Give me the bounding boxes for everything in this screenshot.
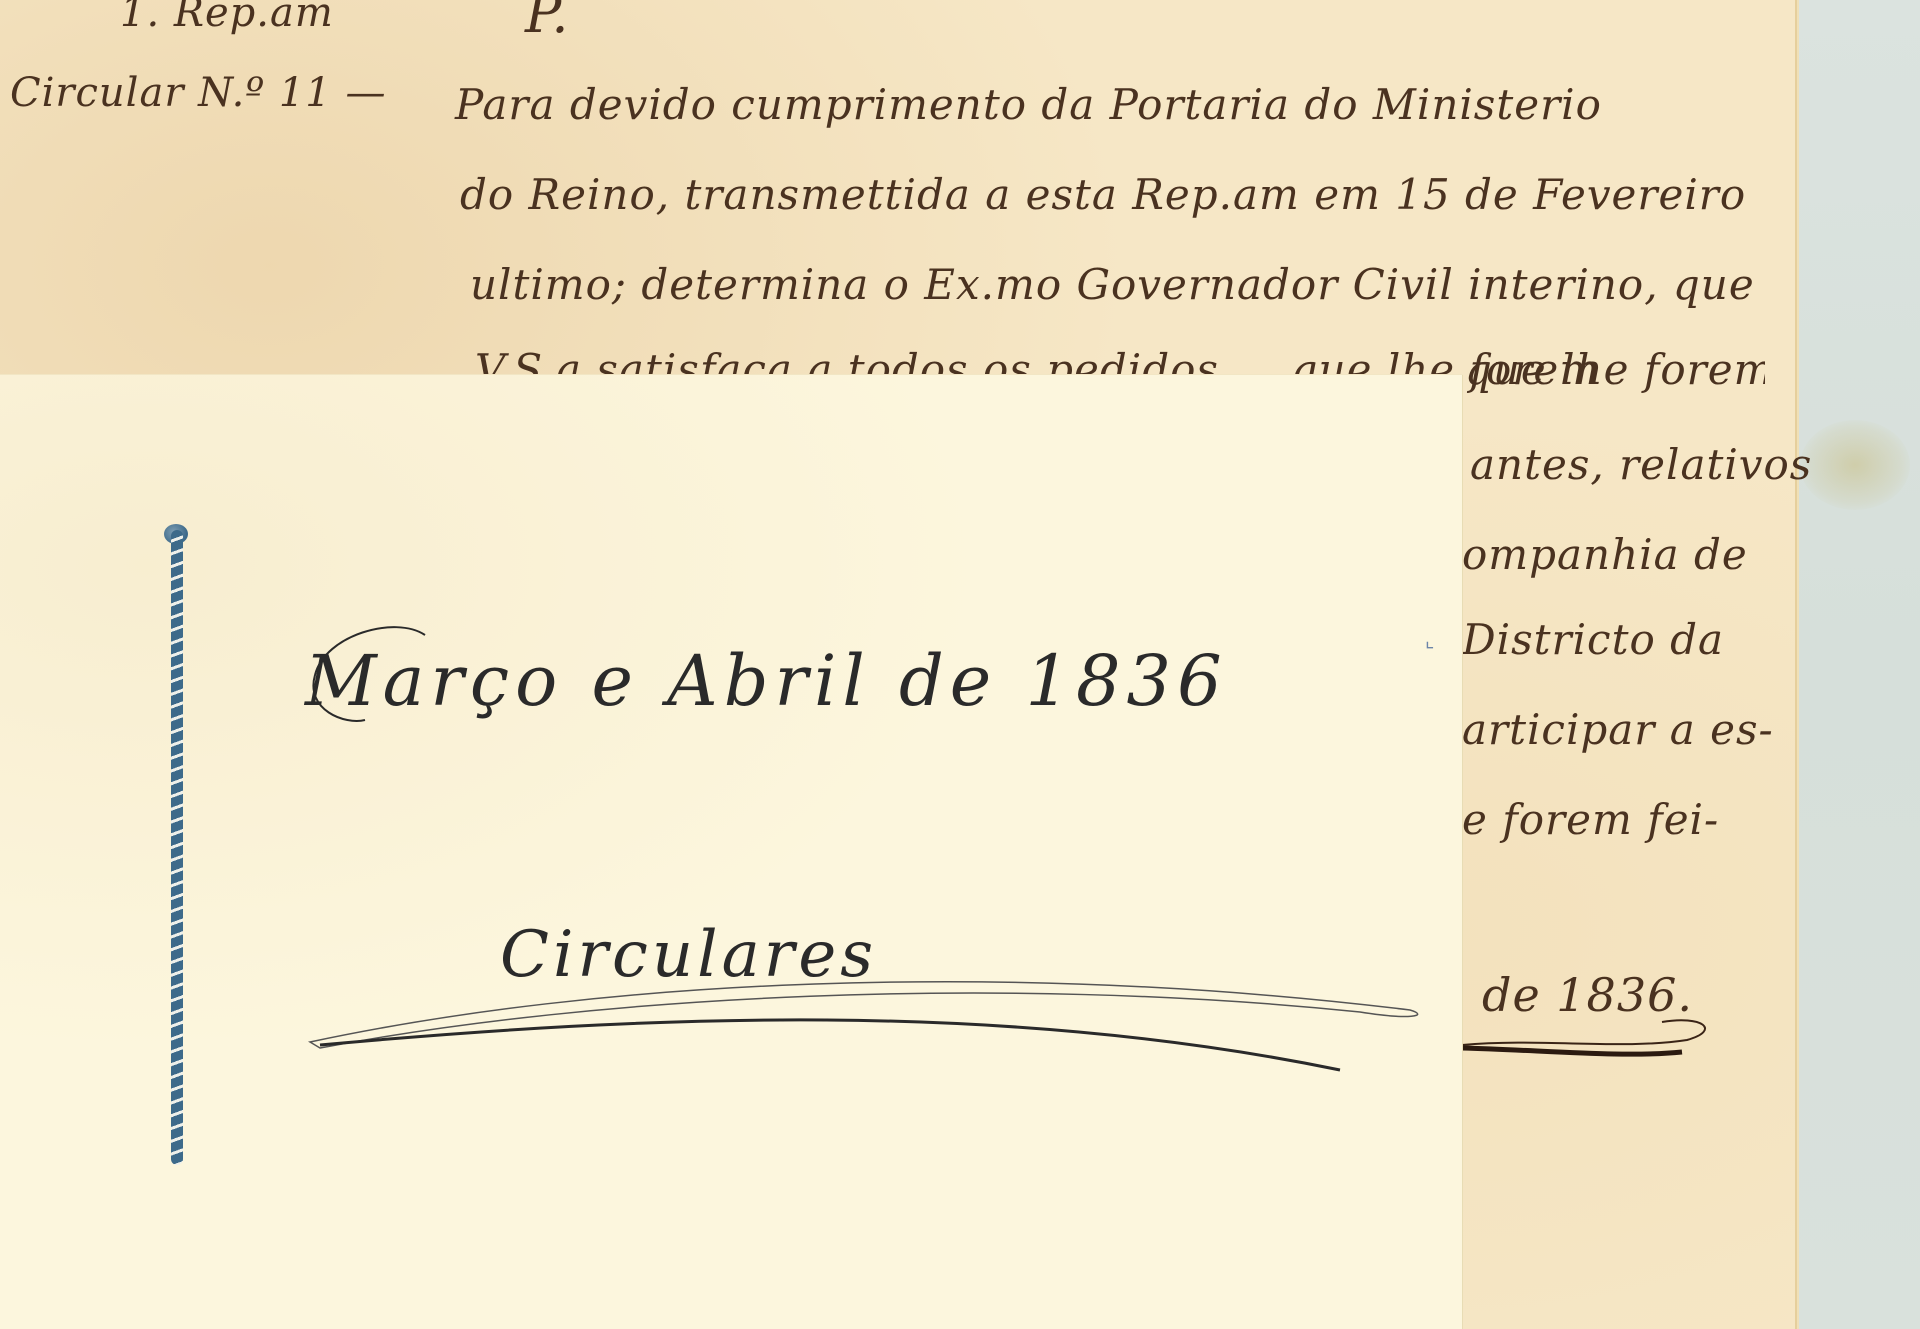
subtitle-underline-swash xyxy=(300,960,1450,1080)
letter-fragment-6: e forem fei- xyxy=(1462,795,1719,844)
letter-line-3: ultimo; determina o Ex.mo Governador Civ… xyxy=(470,260,1755,309)
letter-line-1: Para devido cumprimento da Portaria do M… xyxy=(455,80,1602,129)
binding-string xyxy=(171,530,183,1165)
letter-fragment-2: antes, relativos xyxy=(1470,440,1812,489)
date-underline-swash xyxy=(1462,1010,1722,1070)
cover-sheet xyxy=(0,375,1463,1329)
stain-mark xyxy=(1800,420,1910,510)
letter-fragment-5: articipar a es- xyxy=(1462,705,1774,754)
paragraph-mark: P. xyxy=(525,0,570,45)
letter-line-2: do Reino, transmettida a esta Rep.am em … xyxy=(460,170,1746,219)
pencil-mark: ⌞ xyxy=(1425,628,1434,652)
letter-fragment-1: que lhe forem xyxy=(1465,345,1765,394)
backing-board xyxy=(1795,0,1920,1329)
letter-fragment-4: Districto da xyxy=(1462,615,1724,664)
letter-fragment-3: ompanhia de xyxy=(1462,530,1748,579)
margin-label: Circular N.º 11 — xyxy=(10,70,386,116)
cover-title: Março e Abril de 1836 xyxy=(305,640,1228,722)
margin-header: 1. Rep.am xyxy=(120,0,334,36)
